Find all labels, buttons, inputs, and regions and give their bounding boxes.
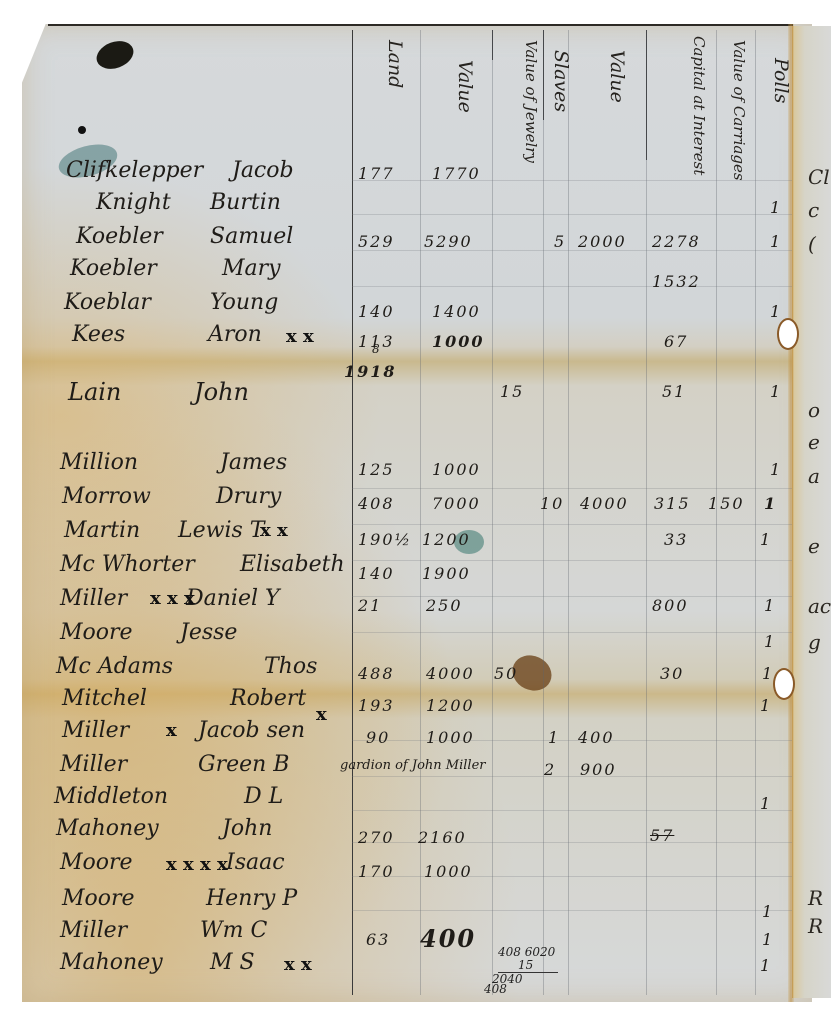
- given-name: John: [194, 378, 249, 406]
- land-acres: 21: [358, 596, 382, 615]
- given-name: Samuel: [210, 224, 293, 249]
- given-name: Drury: [216, 484, 281, 509]
- ledger-row: Million James 125 1000 1: [0, 450, 831, 484]
- land-acres: 140: [358, 302, 395, 321]
- slaves-count: 2: [544, 760, 556, 779]
- surname: Koebler: [76, 224, 163, 249]
- cross-mark: x x: [284, 954, 312, 975]
- ledger-row: Mc Whorter Elisabeth 140 1900: [0, 552, 831, 586]
- margin-text: e: [808, 430, 820, 454]
- given-name: D L: [244, 784, 283, 809]
- guardian-note: gardion of John Miller: [340, 758, 485, 773]
- polls: 1: [760, 530, 772, 549]
- given-name: Jacob sen: [198, 718, 305, 743]
- surname: Moore: [60, 620, 133, 645]
- land-acres: 1918: [344, 362, 397, 381]
- slaves-count: 1: [548, 728, 560, 747]
- polls: 1: [770, 302, 782, 321]
- surname: Martin: [64, 518, 140, 543]
- surname: Koeblar: [64, 290, 151, 315]
- polls: 1: [764, 632, 776, 651]
- kees-correction: 8: [372, 342, 382, 356]
- capital: 800: [652, 596, 689, 615]
- slave-value: 4000: [580, 494, 629, 513]
- ledger-row: Koeblar Young 140 1400 1: [0, 290, 831, 324]
- given-name: Daniel Y: [186, 586, 280, 611]
- given-name: M S: [210, 950, 255, 975]
- capital: 315: [654, 494, 691, 513]
- polls: 1: [760, 696, 772, 715]
- land-acres: 90: [366, 728, 390, 747]
- slave-value: 400: [578, 728, 615, 747]
- land-acres: 125: [358, 460, 395, 479]
- header-capital: Capital at Interest: [691, 36, 706, 175]
- land-value: 1200: [426, 696, 475, 715]
- margin-text: e: [808, 534, 820, 558]
- capital: 30: [660, 664, 684, 683]
- capital: 1532: [652, 272, 701, 291]
- surname: Miller: [60, 918, 127, 943]
- jewelry-value: 50: [494, 664, 518, 683]
- capital: 51: [662, 382, 686, 401]
- land-value: 2160: [418, 828, 467, 847]
- slaves-count: 10: [540, 494, 564, 513]
- polls: 1: [770, 382, 782, 401]
- given-name: Young: [210, 290, 278, 315]
- surname: Middleton: [54, 784, 168, 809]
- surname: Miller: [62, 718, 129, 743]
- land-acres: 488: [358, 664, 395, 683]
- given-name: Jesse: [180, 620, 237, 645]
- land-value: 400: [420, 924, 476, 953]
- given-name: Lewis T: [178, 518, 264, 543]
- surname: Miller: [60, 586, 127, 611]
- header-slaves: Slaves: [551, 50, 570, 112]
- ledger-row: Mahoney John 270 2160 57: [0, 816, 831, 850]
- land-acres: 190½: [358, 530, 412, 549]
- given-name: Wm C: [200, 918, 267, 943]
- surname: Moore: [62, 886, 135, 911]
- surname: Mitchel: [62, 686, 147, 711]
- ledger-row: Mitchel Robert x 193 1200 1: [0, 686, 831, 720]
- land-value: 1000: [432, 460, 481, 479]
- land-value: 1000: [432, 332, 485, 351]
- land-acres: 408: [358, 494, 395, 513]
- header-polls: Polls: [771, 58, 790, 103]
- polls: 1: [770, 232, 782, 251]
- ledger-row: Miller Daniel Y x x x 21 250 800 1: [0, 586, 831, 620]
- land-value: 5290: [424, 232, 473, 251]
- cross-mark: x x: [260, 520, 288, 541]
- ledger-row: Mc Adams Thos 488 4000 50 30 1: [0, 654, 831, 688]
- land-acres: 177: [358, 164, 395, 183]
- slave-value: 900: [580, 760, 617, 779]
- ledger-row: Miller x Jacob sen 90 1000 1 400: [0, 718, 831, 752]
- given-name: Henry P: [206, 886, 297, 911]
- surname: Lain: [68, 378, 121, 406]
- land-value: 1000: [426, 728, 475, 747]
- polls: 1: [770, 198, 782, 217]
- ledger-row: Mahoney M S x x 1: [0, 950, 831, 984]
- polls: 1: [764, 596, 776, 615]
- given-name: Green B: [198, 752, 289, 777]
- surname: Mahoney: [60, 950, 163, 975]
- ledger-row: Miller Wm C 63 400 1: [0, 918, 831, 952]
- header-jewelry: Value of Jewelry: [523, 40, 538, 163]
- ink-blot: [78, 126, 86, 134]
- capital: 67: [664, 332, 688, 351]
- cross-mark: x x x: [150, 588, 195, 609]
- given-name: Burtin: [210, 190, 281, 215]
- margin-text: (: [808, 232, 816, 256]
- ledger-row: Moore x x x x Isaac 170 1000: [0, 850, 831, 884]
- land-value: 1200: [422, 530, 471, 549]
- capital: 57: [650, 826, 674, 845]
- land-value: 1770: [432, 164, 481, 183]
- ledger-row: Miller Green B gardion of John Miller 2 …: [0, 752, 831, 786]
- given-name: Isaac: [226, 850, 285, 875]
- ledger-row: Morrow Drury 408 7000 10 4000 315 150 1: [0, 484, 831, 518]
- ledger-row: Kees Aron x x 113 1000 67: [0, 322, 831, 356]
- margin-text: g: [808, 630, 821, 654]
- margin-text: o: [808, 398, 820, 422]
- land-value: 1900: [422, 564, 471, 583]
- polls: 1: [764, 494, 777, 513]
- land-value: 4000: [426, 664, 475, 683]
- slaves-count: 5: [554, 232, 566, 251]
- cross-mark: x: [166, 720, 177, 741]
- surname: Mc Adams: [56, 654, 173, 679]
- capital: 33: [664, 530, 688, 549]
- tally-calculation: 408 6020 15 2040 408: [498, 946, 558, 996]
- margin-text: ac: [808, 594, 831, 618]
- given-name: Robert: [230, 686, 306, 711]
- land-acres: 170: [358, 862, 395, 881]
- land-value: 1000: [424, 862, 473, 881]
- surname: Morrow: [62, 484, 151, 509]
- land-acres: 270: [358, 828, 395, 847]
- land-acres: 193: [358, 696, 395, 715]
- land-value: 250: [426, 596, 463, 615]
- ledger-row: Lain John 1918 15 51 1: [0, 378, 831, 412]
- surname: Miller: [60, 752, 127, 777]
- surname: Kees: [72, 322, 125, 347]
- margin-text: R: [808, 886, 823, 910]
- given-name: Mary: [222, 256, 281, 281]
- header-land-value: Value: [455, 60, 474, 113]
- land-value: 1400: [432, 302, 481, 321]
- ledger-row: Koebler Samuel 529 5290 5 2000 2278 1: [0, 224, 831, 258]
- margin-text: Cl: [808, 165, 830, 189]
- ledger-row: Moore Jesse 1: [0, 620, 831, 654]
- cross-mark: x x: [286, 326, 314, 347]
- polls: 1: [770, 460, 782, 479]
- polls: 1: [760, 794, 772, 813]
- header-slave-value: Value: [607, 50, 626, 103]
- polls: 1: [760, 956, 772, 975]
- surname: Clifkelepper: [66, 158, 203, 183]
- surname: Mahoney: [56, 816, 159, 841]
- slave-value: 2000: [578, 232, 627, 251]
- margin-text: c: [808, 198, 819, 222]
- jewelry-value: 15: [500, 382, 524, 401]
- polls: 1: [762, 664, 774, 683]
- capital: 2278: [652, 232, 701, 251]
- surname: Mc Whorter: [60, 552, 195, 577]
- ledger-row: Clifkelepper Jacob 177 1770: [0, 158, 831, 192]
- land-value: 7000: [432, 494, 481, 513]
- margin-text: R: [808, 914, 823, 938]
- land-acres: 63: [366, 930, 390, 949]
- page-top-edge: [48, 24, 793, 26]
- ledger-row: Knight Burtin 1: [0, 190, 831, 224]
- margin-text: a: [808, 464, 820, 488]
- land-acres: 529: [358, 232, 395, 251]
- carriage-value: 150: [708, 494, 745, 513]
- land-acres: 140: [358, 564, 395, 583]
- polls: 1: [762, 930, 774, 949]
- given-name: Jacob: [232, 158, 294, 183]
- surname: Koebler: [70, 256, 157, 281]
- cross-mark: x x x x: [166, 854, 228, 875]
- given-name: John: [222, 816, 272, 841]
- ledger-row: Moore Henry P 1: [0, 886, 831, 920]
- given-name: James: [220, 450, 287, 475]
- surname: Knight: [96, 190, 171, 215]
- ledger-row: Koebler Mary 1532: [0, 256, 831, 290]
- tally-line: 15: [498, 959, 558, 973]
- surname: Moore: [60, 850, 133, 875]
- surname: Million: [60, 450, 138, 475]
- ledger-row: Middleton D L 1: [0, 784, 831, 818]
- given-name: Thos: [264, 654, 317, 679]
- given-name: Aron: [208, 322, 262, 347]
- given-name: Elisabeth: [240, 552, 345, 577]
- ledger-row: Martin Lewis T x x 190½ 1200 33 1: [0, 518, 831, 552]
- header-land: Land: [385, 40, 404, 88]
